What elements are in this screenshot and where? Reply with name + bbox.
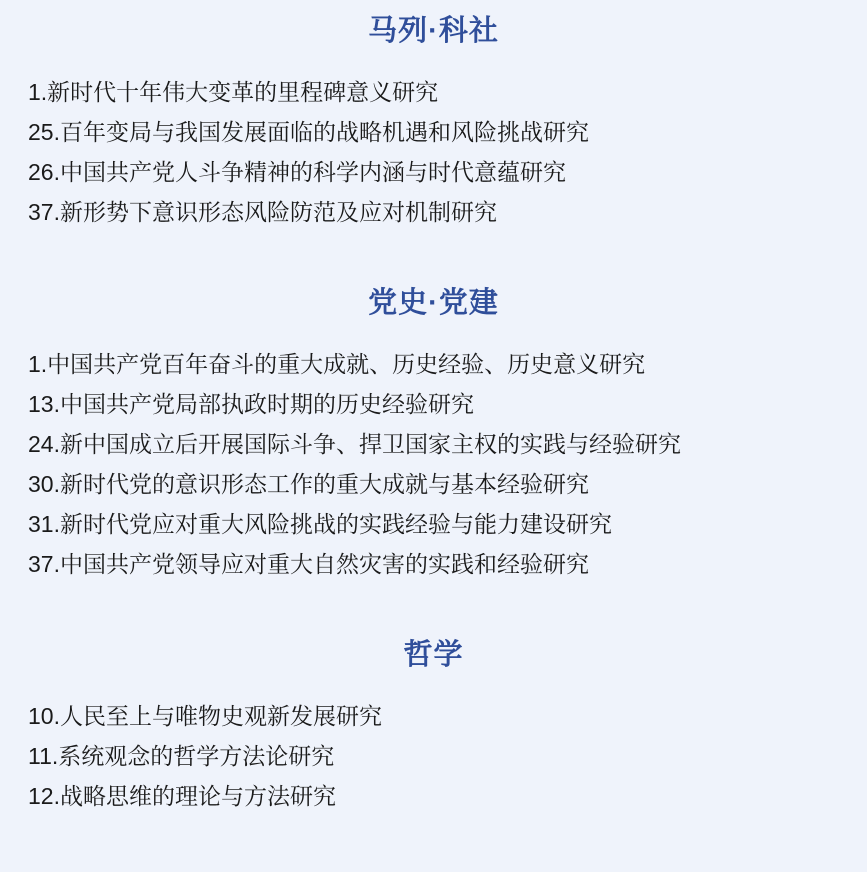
topic-list-item: 13.中国共产党局部执政时期的历史经验研究	[28, 384, 847, 424]
section-marxism: 马列·科社 1.新时代十年伟大变革的里程碑意义研究 25.百年变局与我国发展面临…	[0, 10, 867, 232]
topic-list-item: 1.中国共产党百年奋斗的重大成就、历史经验、历史意义研究	[28, 344, 847, 384]
topic-list-item: 12.战略思维的理论与方法研究	[28, 776, 847, 816]
document-page: 马列·科社 1.新时代十年伟大变革的里程碑意义研究 25.百年变局与我国发展面临…	[0, 0, 867, 872]
topic-list-item: 26.中国共产党人斗争精神的科学内涵与时代意蕴研究	[28, 152, 847, 192]
topic-list-item: 24.新中国成立后开展国际斗争、捍卫国家主权的实践与经验研究	[28, 424, 847, 464]
topic-list: 10.人民至上与唯物史观新发展研究 11.系统观念的哲学方法论研究 12.战略思…	[0, 696, 867, 816]
section-title: 马列·科社	[0, 10, 867, 52]
section-title: 党史·党建	[0, 282, 867, 324]
topic-list: 1.中国共产党百年奋斗的重大成就、历史经验、历史意义研究 13.中国共产党局部执…	[0, 344, 867, 584]
topic-list-item: 37.新形势下意识形态风险防范及应对机制研究	[28, 192, 847, 232]
topic-list-item: 30.新时代党的意识形态工作的重大成就与基本经验研究	[28, 464, 847, 504]
topic-list-item: 37.中国共产党领导应对重大自然灾害的实践和经验研究	[28, 544, 847, 584]
topic-list-item: 25.百年变局与我国发展面临的战略机遇和风险挑战研究	[28, 112, 847, 152]
topic-list-item: 10.人民至上与唯物史观新发展研究	[28, 696, 847, 736]
topic-list-item: 11.系统观念的哲学方法论研究	[28, 736, 847, 776]
topic-list-item: 31.新时代党应对重大风险挑战的实践经验与能力建设研究	[28, 504, 847, 544]
section-party-history: 党史·党建 1.中国共产党百年奋斗的重大成就、历史经验、历史意义研究 13.中国…	[0, 282, 867, 584]
section-philosophy: 哲学 10.人民至上与唯物史观新发展研究 11.系统观念的哲学方法论研究 12.…	[0, 634, 867, 816]
topic-list-item: 1.新时代十年伟大变革的里程碑意义研究	[28, 72, 847, 112]
section-title: 哲学	[0, 634, 867, 676]
topic-list: 1.新时代十年伟大变革的里程碑意义研究 25.百年变局与我国发展面临的战略机遇和…	[0, 72, 867, 232]
